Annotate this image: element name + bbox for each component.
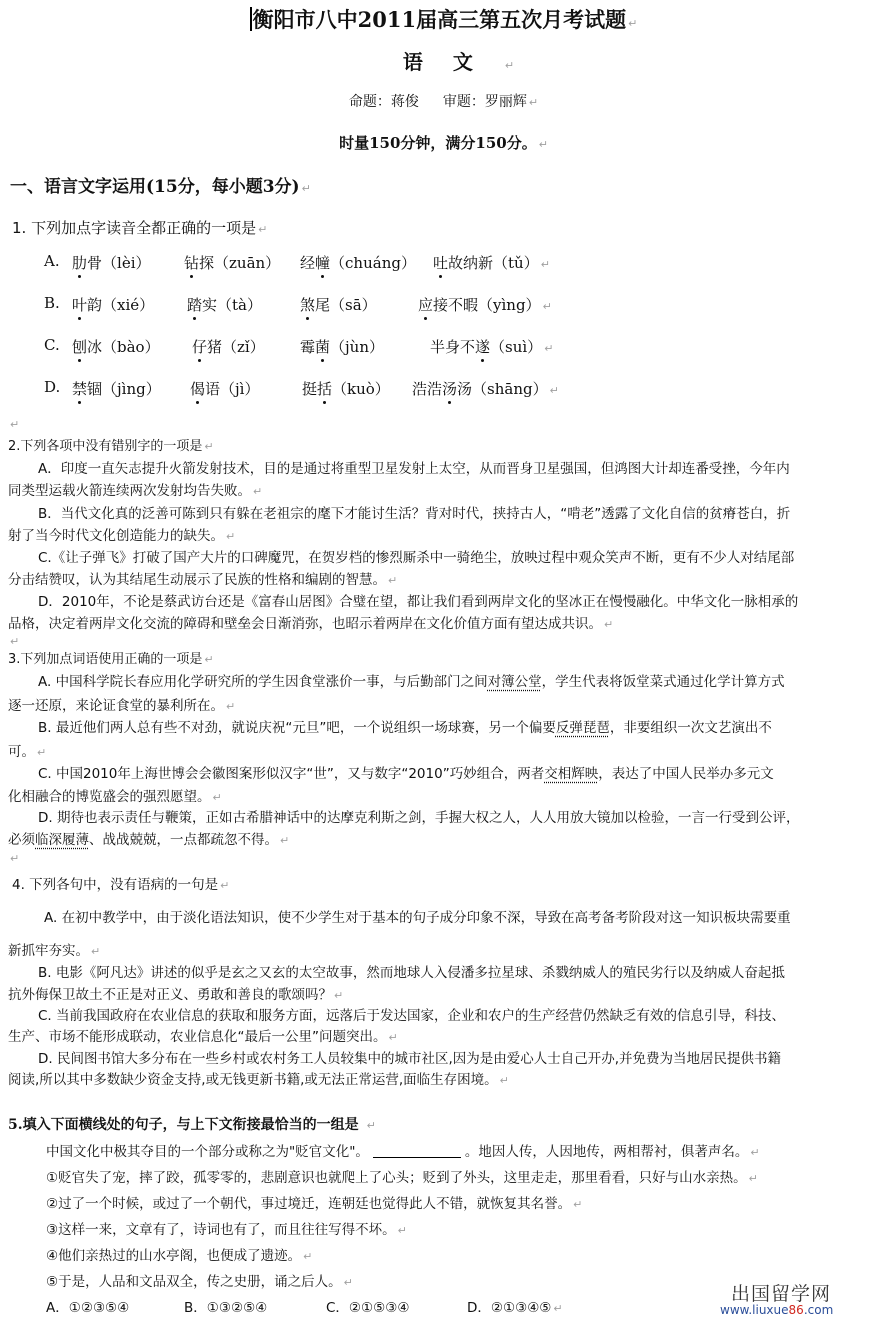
q2-option-a-line2: 同类型运载火箭连续两次发射均告失败。↵ — [8, 479, 262, 499]
q1-option-d: D. 禁锢（jìng） 偈语（jì） 挺括（kuò） 浩浩汤汤（shāng）↵ — [0, 378, 887, 402]
option-item: 踏实（tà） — [187, 294, 262, 315]
exam-subject: 语文↵ — [0, 46, 887, 75]
q5-choice-d: D．②①③④⑤↵ — [467, 1296, 563, 1316]
q1-option-a: A. 肋骨（lèi） 钻探（zuān） 经幢（chuáng） 吐故纳新（tǔ）↵ — [0, 252, 887, 276]
q3-option-a-line1: A. 中国科学院长春应用化学研究所的学生因食堂涨价一事，与后勤部门之间对簿公堂，… — [38, 670, 785, 690]
option-item: 浩浩汤汤（shāng）↵ — [412, 378, 559, 399]
q5-choice-b: B．①③②⑤④ — [184, 1296, 267, 1316]
question-2-stem: 2.下列各项中没有错别字的一项是↵ — [8, 435, 214, 454]
option-label: C. — [44, 336, 60, 354]
fill-blank — [373, 1144, 461, 1158]
emphasized-phrase: 交相辉映 — [544, 766, 598, 782]
watermark-url: www.liuxue86.com — [720, 1303, 833, 1317]
option-item: 应接不暇（yìng）↵ — [418, 294, 552, 315]
option-label: B. — [44, 294, 60, 312]
option-label: A. — [44, 252, 60, 270]
q3-option-d-line1: D. 期待也表示责任与鞭策，正如古希腊神话中的达摩克利斯之剑，手握大权之人，人人… — [38, 806, 799, 826]
q4-option-a-line1: A. 在初中教学中，由于淡化语法知识，使不少学生对于基本的句子成分印象不深，导致… — [44, 906, 791, 926]
q5-choice-c: C．②①⑤③④ — [326, 1296, 409, 1316]
option-item: 钻探（zuān） — [184, 252, 280, 273]
q3-option-a-line2: 逐一还原，来论证食堂的暴利所在。↵ — [8, 694, 235, 714]
q3-option-d-line2: 必须临深履薄、战战兢兢，一点都疏忽不得。↵ — [8, 828, 289, 848]
paragraph-mark: ↵ — [628, 17, 637, 30]
watermark-logo-text: 出国留学网 — [731, 1279, 831, 1306]
exam-title: 衡阳市八中2011届高三第五次月考试题↵ — [0, 4, 887, 34]
q3-option-b-line1: B. 最近他们两人总有些不对劲，就说庆祝“元旦”吧，一个说组织一场球赛，另一个偏… — [38, 716, 772, 736]
q2-option-d-line1: D．2010年，不论是蔡武访台还是《富春山居图》合璧在望，都让我们看到两岸文化的… — [38, 590, 798, 610]
q2-option-c-line2: 分击结赞叹，认为其结尾生动展示了民族的性格和编剧的智慧。↵ — [8, 568, 397, 588]
q4-option-d-line2: 阅读,所以其中多数缺少资金支持,或无钱更新书籍,或无法正常运营,面临生存困境。↵ — [8, 1068, 509, 1088]
emphasized-phrase: 对簿公堂 — [488, 674, 542, 690]
option-item: 刨冰（bào） — [72, 336, 160, 357]
exam-authors: 命题：蒋俊审题：罗丽辉↵ — [0, 91, 887, 111]
emphasized-phrase: 反弹琵琶 — [556, 720, 610, 736]
paragraph-mark: ↵ — [10, 852, 19, 865]
text-cursor — [250, 7, 252, 31]
q5-choice-a: A．①②③⑤④ — [46, 1296, 129, 1316]
option-item: 挺括（kuò） — [302, 378, 390, 399]
q3-option-c-line1: C. 中国2010年上海世博会会徽图案形似汉字“世”，又与数字“2010”巧妙组… — [38, 762, 774, 782]
section-heading: 一、语言文字运用(15分，每小题3分)↵ — [10, 172, 311, 197]
q2-option-a-line1: A．印度一直矢志提升火箭发射技术，目的是通过将重型卫星发射上太空，从而晋身卫星强… — [38, 457, 790, 477]
reviewer-label: 审题：罗丽辉 — [443, 94, 527, 110]
option-item: 煞尾（sā） — [300, 294, 377, 315]
option-item: 经幢（chuáng） — [300, 252, 416, 273]
exam-time-info: 时量150分钟，满分150分。↵ — [0, 132, 887, 153]
emphasized-phrase: 临深履薄 — [35, 832, 89, 848]
q3-option-b-line2: 可。↵ — [8, 740, 46, 760]
q4-option-d-line1: D. 民间图书馆大多分布在一些乡村或农村务工人员较集中的城市社区,因为是由爱心人… — [38, 1047, 781, 1067]
paragraph-mark: ↵ — [10, 418, 19, 431]
option-item: 禁锢（jìng） — [72, 378, 161, 399]
q3-option-c-line2: 化相融合的博览盛会的强烈愿望。↵ — [8, 785, 222, 805]
paragraph-mark: ↵ — [302, 182, 311, 195]
option-item: 吐故纳新（tǔ）↵ — [433, 252, 550, 273]
q4-option-b-line1: B. 电影《阿凡达》讲述的似乎是玄之又玄的太空故事，然而地球人入侵潘多拉星球、杀… — [38, 961, 785, 981]
question-3-stem: 3.下列加点词语使用正确的一项是↵ — [8, 648, 214, 667]
q1-option-c: C. 刨冰（bào） 仔猪（zǐ） 霉菌（jùn） 半身不遂（suì）↵ — [0, 336, 887, 360]
paragraph-mark: ↵ — [529, 96, 538, 109]
option-label: D. — [44, 378, 60, 396]
q5-sentence-5: ⑤于是，人品和文品双全，传之史册，诵之后人。↵ — [46, 1270, 353, 1290]
option-item: 霉菌（jùn） — [300, 336, 384, 357]
paragraph-mark: ↵ — [505, 59, 514, 72]
paragraph-mark: ↵ — [10, 635, 19, 648]
q2-option-b-line2: 射了当今时代文化创造能力的缺失。↵ — [8, 524, 235, 544]
q5-sentence-2: ②过了一个时候，或过了一个朝代，事过境迁，连朝廷也觉得此人不错，就恢复其名誉。↵ — [46, 1192, 582, 1212]
q1-option-b: B. 叶韵（xié） 踏实（tà） 煞尾（sā） 应接不暇（yìng）↵ — [0, 294, 887, 318]
q2-option-b-line1: B．当代文化真的泛善可陈到只有躲在老祖宗的麾下才能讨生活？背对时代，挟持古人，“… — [38, 502, 790, 522]
option-item: 叶韵（xié） — [72, 294, 154, 315]
author-label: 命题：蒋俊 — [349, 94, 419, 110]
q2-option-c-line1: C.《让子弹飞》打破了国产大片的口碑魔咒，在贺岁档的惨烈厮杀中一骑绝尘，放映过程… — [38, 546, 794, 566]
q4-option-c-line2: 生产、市场不能形成联动，农业信息化“最后一公里”问题突出。↵ — [8, 1025, 398, 1045]
paragraph-mark: ↵ — [539, 138, 548, 151]
q5-sentence-1: ①贬官失了宠，摔了跤，孤零零的，悲剧意识也就爬上了心头；贬到了外头，这里走走，那… — [46, 1166, 758, 1186]
question-1-stem: 1. 下列加点字读音全都正确的一项是↵ — [12, 217, 267, 238]
q5-sentence-4: ④他们亲热过的山水亭阁，也便成了遗迹。↵ — [46, 1244, 312, 1264]
q4-option-c-line1: C. 当前我国政府在农业信息的获取和服务方面，远落后于发达国家，企业和农户的生产… — [38, 1004, 785, 1024]
option-item: 偈语（jì） — [190, 378, 259, 399]
question-4-stem: 4. 下列各句中，没有语病的一句是↵ — [12, 873, 229, 893]
option-item: 半身不遂（suì）↵ — [430, 336, 553, 357]
q5-sentence-3: ③这样一来，文章有了，诗词也有了，而且往往写得不坏。↵ — [46, 1218, 407, 1238]
q2-option-d-line2: 品格，决定着两岸文化交流的障碍和壁垒会日渐消弥，也昭示着两岸在文化价值方面有望达… — [8, 612, 613, 632]
option-item: 肋骨（lèi） — [72, 252, 151, 273]
q4-option-b-line2: 抗外侮保卫故土不正是对正义、勇敢和善良的歌颂吗？↵ — [8, 983, 343, 1003]
q4-option-a-line2: 新抓牢夯实。↵ — [8, 939, 100, 959]
option-item: 仔猪（zǐ） — [192, 336, 265, 357]
question-5-stem: 5.填入下面横线处的句子，与上下文衔接最恰当的一组是↵ — [8, 1114, 376, 1134]
q5-passage: 中国文化中极其夺目的一个部分或称之为"贬官文化"。。地因人传，人因地传，两相帮衬… — [46, 1140, 760, 1160]
